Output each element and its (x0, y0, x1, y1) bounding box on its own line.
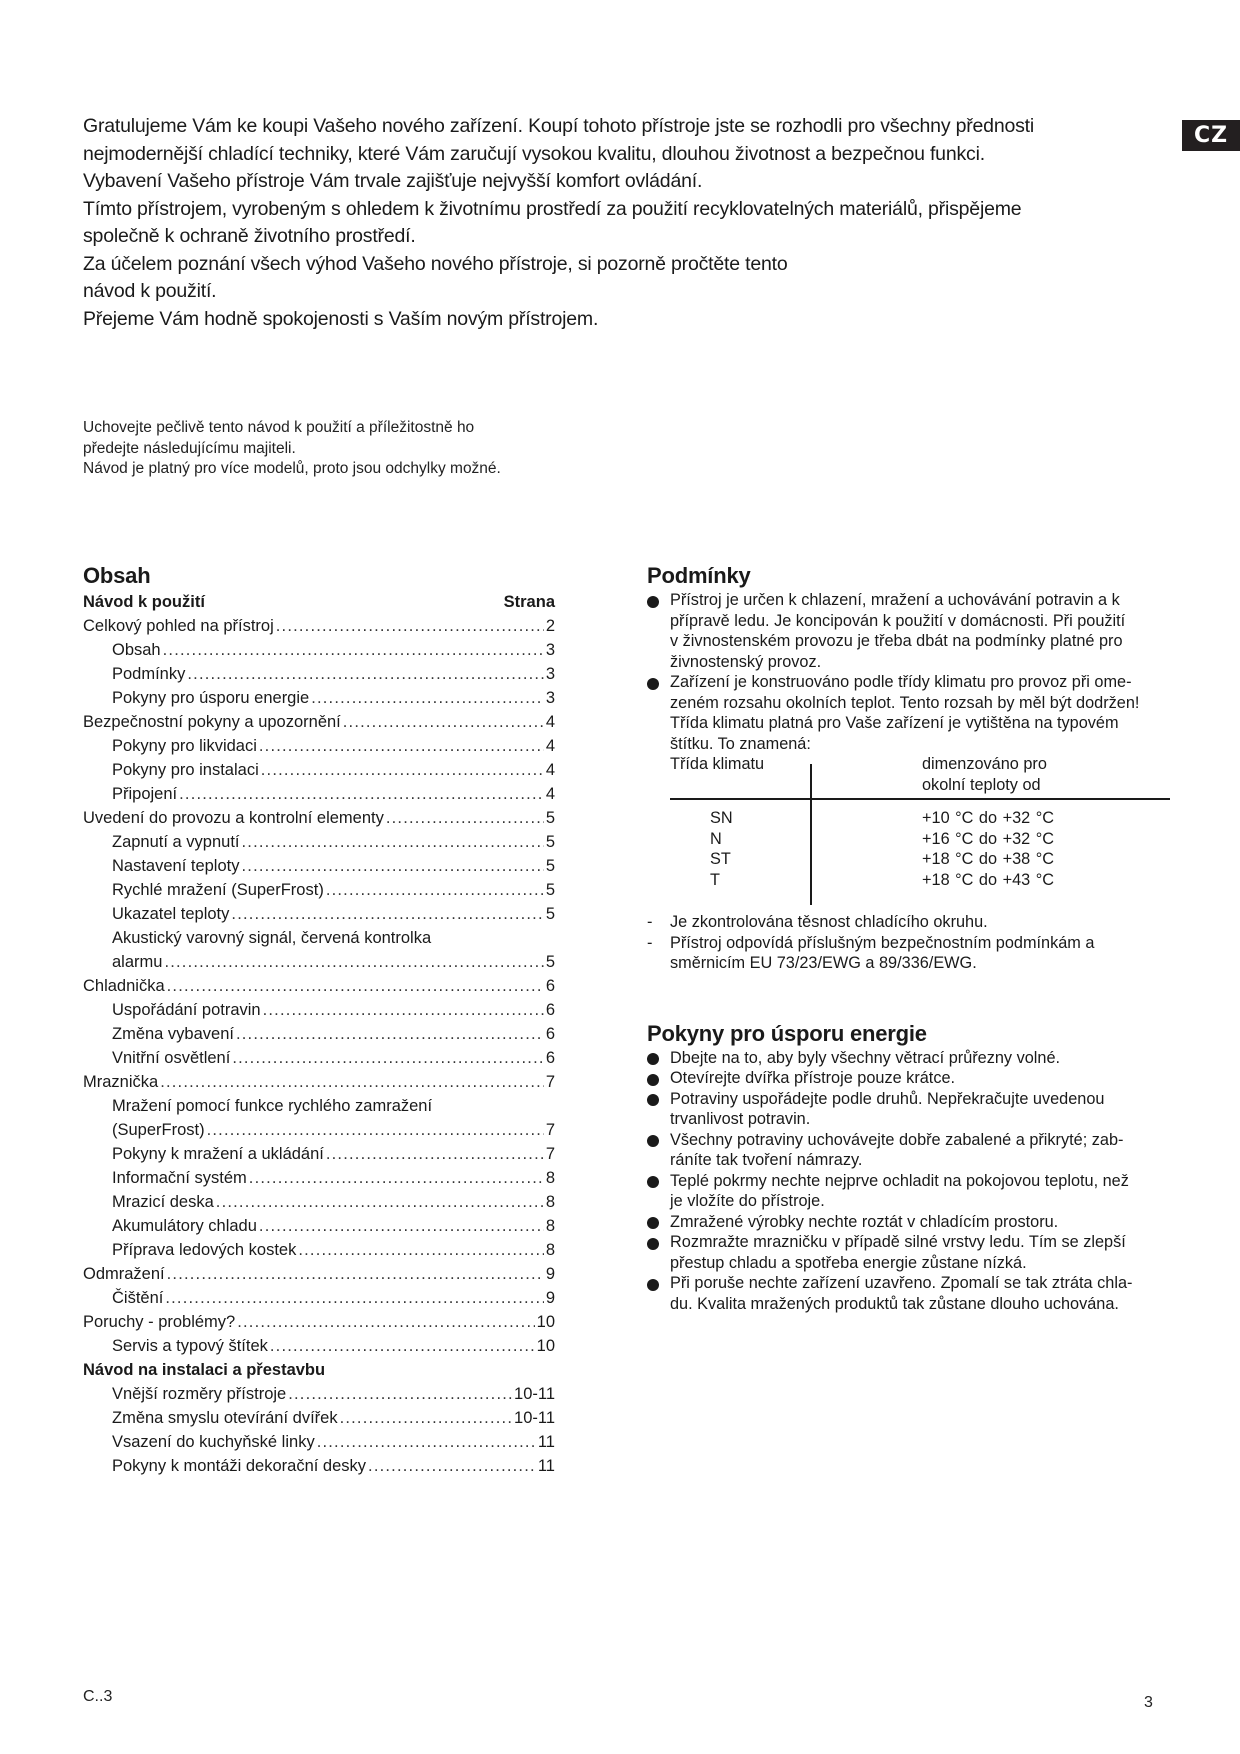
climate-class: N (670, 829, 922, 850)
toc-entry: (SuperFrost)7 (83, 1118, 555, 1142)
toc-entry-page: 5 (546, 902, 555, 926)
intro-line: společně k ochraně životního prostředí. (83, 223, 1163, 251)
toc-entry-label: Pokyny pro instalaci (112, 758, 259, 782)
toc-entry-label: Změna vybavení (112, 1022, 234, 1046)
conditions-title: Podmínky (647, 562, 1172, 590)
energy-bullet: Teplé pokrmy nechte nejprve ochladit na … (647, 1171, 1172, 1212)
header-line: dimenzováno pro (922, 754, 1047, 775)
toc-entry-label: Pokyny pro úsporu energie (112, 686, 309, 710)
bullet-line: Přístroj je určen k chlazení, mražení a … (670, 590, 1172, 611)
toc-entry: Pokyny k mražení a ukládání7 (83, 1142, 555, 1166)
energy-bullet: Všechny potraviny uchovávejte dobře zaba… (647, 1130, 1172, 1171)
toc-leader-dots (167, 1262, 544, 1286)
toc-entry-label: Pokyny k mražení a ukládání (112, 1142, 324, 1166)
toc-leader-dots (236, 1022, 544, 1046)
toc-entry-label: Změna smyslu otevírání dvířek (112, 1406, 338, 1430)
bullet-line: zeném rozsahu okolních teplot. Tento roz… (670, 693, 1172, 714)
conditions-bullet: Zařízení je konstruováno podle třídy kli… (647, 672, 1172, 754)
conditions-bullet: Přístroj je určen k chlazení, mražení a … (647, 590, 1172, 672)
climate-row: ST+18 °C do +38 °C (670, 849, 1170, 870)
toc-entry-label: Zapnutí a vypnutí (112, 830, 240, 854)
toc-entry: Bezpečnostní pokyny a upozornění4 (83, 710, 555, 734)
toc-entry: Vsazení do kuchyňské linky11 (83, 1430, 555, 1454)
toc-entry-label: Mražení pomocí funkce rychlého zamražení (112, 1094, 432, 1118)
toc-entry-page: 10 (537, 1310, 555, 1334)
climate-col-header-range: dimenzováno pro okolní teploty od (922, 754, 1047, 795)
toc-entry: Uvedení do provozu a kontrolní elementy5 (83, 806, 555, 830)
energy-title: Pokyny pro úsporu energie (647, 1020, 1172, 1048)
toc-entry-page: 7 (546, 1118, 555, 1142)
toc-entry-page: 11 (538, 1430, 555, 1454)
toc-leader-dots (298, 1238, 543, 1262)
toc-entry: Mražení pomocí funkce rychlého zamražení (83, 1094, 555, 1118)
toc-leader-dots (237, 1310, 534, 1334)
dash-line: směrnicím EU 73/23/EWG a 89/336/EWG. (670, 953, 1172, 974)
toc-entry-label: Příprava ledových kostek (112, 1238, 296, 1262)
energy-bullet: Zmražené výrobky nechte roztát v chladíc… (647, 1212, 1172, 1233)
toc-entry: Akumulátory chladu8 (83, 1214, 555, 1238)
energy-saving-section: Pokyny pro úsporu energie Dbejte na to, … (647, 1020, 1172, 1315)
toc-entry: Obsah3 (83, 638, 555, 662)
toc-leader-dots (160, 1070, 544, 1094)
energy-bullet: Při poruše nechte zařízení uzavřeno. Zpo… (647, 1273, 1172, 1314)
toc-entry: Odmražení9 (83, 1262, 555, 1286)
bullet-line: Třída klimatu platná pro Vaše zařízení j… (670, 713, 1172, 734)
bullet-line: Rozmražte mrazničku v případě silné vrst… (670, 1232, 1172, 1253)
toc-entry-label: Servis a typový štítek (112, 1334, 268, 1358)
toc-entry-page: 5 (546, 878, 555, 902)
bullet-line: přestup chladu a spotřeba energie zůstan… (670, 1253, 1172, 1274)
toc-entry-page: 6 (546, 974, 555, 998)
toc-leader-dots (163, 638, 544, 662)
climate-row: N+16 °C do +32 °C (670, 829, 1170, 850)
climate-class: ST (670, 849, 922, 870)
conditions-dash-item: Přístroj odpovídá příslušným bezpečnostn… (647, 933, 1172, 974)
intro-text: Gratulujeme Vám ke koupi Vašeho nového z… (83, 113, 1163, 333)
toc-entry-label: Uspořádání potravin (112, 998, 261, 1022)
toc-entry: Vnitřní osvětlení6 (83, 1046, 555, 1070)
toc-entry-page: 5 (546, 806, 555, 830)
toc-leader-dots (317, 1430, 536, 1454)
climate-range: +18 °C do +38 °C (922, 849, 1054, 870)
language-badge-label: CZ (1194, 123, 1228, 148)
toc-entry-page: 5 (546, 854, 555, 878)
toc-leader-dots (164, 950, 543, 974)
climate-class: SN (670, 808, 922, 829)
toc-entry-page: 7 (546, 1070, 555, 1094)
toc-entry-label: Obsah (112, 638, 161, 662)
energy-bullet: Otevírejte dvířka přístroje pouze krátce… (647, 1068, 1172, 1089)
toc-page-header: Strana (504, 590, 555, 614)
toc-entry: Pokyny pro úsporu energie3 (83, 686, 555, 710)
toc-entry-label: Připojení (112, 782, 177, 806)
toc-entry-page: 7 (546, 1142, 555, 1166)
footer-code: C..3 (83, 1688, 112, 1706)
energy-bullet: Potraviny uspořádejte podle druhů. Nepře… (647, 1089, 1172, 1130)
toc-entry-label: Bezpečnostní pokyny a upozornění (83, 710, 341, 734)
toc-leader-dots (368, 1454, 536, 1478)
intro-line: Přejeme Vám hodně spokojenosti s Vaším n… (83, 306, 1163, 334)
toc-entry-page: 9 (546, 1262, 555, 1286)
header-line: okolní teploty od (922, 775, 1047, 796)
toc-entry: Zapnutí a vypnutí5 (83, 830, 555, 854)
toc-entry-label: Rychlé mražení (SuperFrost) (112, 878, 324, 902)
toc-entry: Servis a typový štítek10 (83, 1334, 555, 1358)
toc-leader-dots (179, 782, 544, 806)
note-line: Uchovejte pečlivě tento návod k použití … (83, 418, 603, 439)
language-badge: CZ (1182, 120, 1240, 151)
bullet-line: je vložíte do přístroje. (670, 1191, 1172, 1212)
energy-bullets: Dbejte na to, aby byly všechny větrací p… (647, 1048, 1172, 1315)
toc-leader-dots (288, 1382, 512, 1406)
climate-rows: SN+10 °C do +32 °CN+16 °C do +32 °CST+18… (670, 808, 1170, 890)
toc-entry-label: Celkový pohled na přístroj (83, 614, 274, 638)
bullet-line: živnostenský provoz. (670, 652, 1172, 673)
toc-leader-dots (340, 1406, 512, 1430)
toc-leader-dots (167, 974, 544, 998)
bullet-line: Teplé pokrmy nechte nejprve ochladit na … (670, 1171, 1172, 1192)
toc-entry-page: 8 (546, 1190, 555, 1214)
toc-entry: Vnější rozměry přístroje10-11 (83, 1382, 555, 1406)
toc-entry-label: Vnitřní osvětlení (112, 1046, 230, 1070)
toc-entry-label: Poruchy - problémy? (83, 1310, 235, 1334)
climate-range: +18 °C do +43 °C (922, 870, 1054, 891)
bullet-line: v živnostenském provozu je třeba dbát na… (670, 631, 1172, 652)
toc-leader-dots (231, 902, 543, 926)
right-column: Podmínky Přístroj je určen k chlazení, m… (647, 562, 1172, 1314)
toc-leader-dots (386, 806, 544, 830)
bullet-line: Při poruše nechte zařízení uzavřeno. Zpo… (670, 1273, 1172, 1294)
intro-line: nejmodernější chladící techniky, které V… (83, 141, 1163, 169)
toc-leader-dots (343, 710, 544, 734)
toc-entry-page: 4 (546, 758, 555, 782)
toc-header: Návod k použití Strana (83, 590, 555, 614)
bullet-line: Zařízení je konstruováno podle třídy kli… (670, 672, 1172, 693)
toc-entry: Pokyny pro likvidaci4 (83, 734, 555, 758)
toc-entry: Pokyny pro instalaci4 (83, 758, 555, 782)
intro-line: Za účelem poznání všech výhod Vašeho nov… (83, 251, 1163, 279)
intro-line: Vybavení Vašeho přístroje Vám trvale zaj… (83, 168, 1163, 196)
climate-range: +16 °C do +32 °C (922, 829, 1054, 850)
toc-leader-dots (259, 1214, 544, 1238)
toc-entry: Pokyny k montáži dekorační desky11 (83, 1454, 555, 1478)
toc-entry-page: 4 (546, 734, 555, 758)
climate-class-table: Třída klimatu dimenzováno pro okolní tep… (670, 754, 1172, 912)
toc-entry: Ukazatel teploty5 (83, 902, 555, 926)
toc-entry: Příprava ledových kostek8 (83, 1238, 555, 1262)
toc-entry: Změna vybavení6 (83, 1022, 555, 1046)
toc-entry: Uspořádání potravin6 (83, 998, 555, 1022)
bullet-line: přípravě ledu. Je koncipován k použití v… (670, 611, 1172, 632)
toc-entry: alarmu5 (83, 950, 555, 974)
dash-line: Je zkontrolována těsnost chladícího okru… (670, 912, 1172, 933)
toc-entry-page: 4 (546, 710, 555, 734)
toc-leader-dots (276, 614, 544, 638)
table-of-contents: Obsah Návod k použití Strana Celkový poh… (83, 562, 555, 1478)
toc-entry-page: 8 (546, 1166, 555, 1190)
toc-entry-page: 11 (538, 1454, 555, 1478)
toc-leader-dots (261, 758, 544, 782)
toc-entry-label: Chladnička (83, 974, 165, 998)
toc-entry-label: Mrazicí deska (112, 1190, 214, 1214)
toc-entry-label: Akustický varovný signál, červená kontro… (112, 926, 431, 950)
toc-leader-dots (216, 1190, 544, 1214)
toc-leader-dots (259, 734, 544, 758)
toc-entry-label: Čištění (112, 1286, 163, 1310)
energy-bullet: Rozmražte mrazničku v případě silné vrst… (647, 1232, 1172, 1273)
toc-entry-page: 2 (546, 614, 555, 638)
toc-leader-dots (311, 686, 544, 710)
bullet-line: štítku. To znamená: (670, 734, 1172, 755)
toc-entry-page: 3 (546, 638, 555, 662)
bullet-line: Dbejte na to, aby byly všechny větrací p… (670, 1048, 1172, 1069)
toc-title: Obsah (83, 562, 555, 590)
toc-leader-dots (326, 1142, 544, 1166)
dash-line: Přístroj odpovídá příslušným bezpečnostn… (670, 933, 1172, 954)
toc-entry-page: 10 (537, 1334, 555, 1358)
toc-leader-dots (242, 854, 544, 878)
toc-entry: Celkový pohled na přístroj2 (83, 614, 555, 638)
climate-col-header-class: Třída klimatu (670, 754, 764, 775)
bullet-line: Všechny potraviny uchovávejte dobře zaba… (670, 1130, 1172, 1151)
toc-entry-label: alarmu (112, 950, 162, 974)
toc-leader-dots (187, 662, 543, 686)
energy-bullet: Dbejte na to, aby byly všechny větrací p… (647, 1048, 1172, 1069)
climate-row: T+18 °C do +43 °C (670, 870, 1170, 891)
toc-entry-label: Vsazení do kuchyňské linky (112, 1430, 315, 1454)
toc-entry: Poruchy - problémy?10 (83, 1310, 555, 1334)
toc-entry: Čištění9 (83, 1286, 555, 1310)
toc-entries: Celkový pohled na přístroj2Obsah3Podmínk… (83, 614, 555, 1358)
toc-entry: Mrazicí deska8 (83, 1190, 555, 1214)
toc-entry-label: Informační systém (112, 1166, 247, 1190)
toc-entry: Rychlé mražení (SuperFrost)5 (83, 878, 555, 902)
keep-manual-note: Uchovejte pečlivě tento návod k použití … (83, 418, 603, 480)
toc-leader-dots (165, 1286, 543, 1310)
toc-entry-page: 6 (546, 1046, 555, 1070)
toc-entry-label: Mraznička (83, 1070, 158, 1094)
toc-entry-label: Ukazatel teploty (112, 902, 229, 926)
toc-entry-label: Pokyny k montáži dekorační desky (112, 1454, 366, 1478)
toc-entry-page: 8 (546, 1214, 555, 1238)
bullet-line: du. Kvalita mražených produktů tak zůsta… (670, 1294, 1172, 1315)
toc-entry-label: Nastavení teploty (112, 854, 240, 878)
toc-entry: Připojení4 (83, 782, 555, 806)
toc-entry-page: 6 (546, 1022, 555, 1046)
toc-entry: Nastavení teploty5 (83, 854, 555, 878)
toc-entry-page: 10-11 (514, 1382, 555, 1406)
bullet-line: Zmražené výrobky nechte roztát v chladíc… (670, 1212, 1172, 1233)
toc-entry-label: Vnější rozměry přístroje (112, 1382, 286, 1406)
toc-entry-page: 4 (546, 782, 555, 806)
toc-entry-page: 3 (546, 662, 555, 686)
toc-leader-dots (270, 1334, 535, 1358)
toc-entry: Chladnička6 (83, 974, 555, 998)
toc-leader-dots (207, 1118, 544, 1142)
conditions-dash-item: Je zkontrolována těsnost chladícího okru… (647, 912, 1172, 933)
toc-leader-dots (263, 998, 544, 1022)
intro-line: návod k použití. (83, 278, 1163, 306)
page-number: 3 (1144, 1694, 1153, 1712)
bullet-line: trvanlivost potravin. (670, 1109, 1172, 1130)
intro-line: Tímto přístrojem, vyrobeným s ohledem k … (83, 196, 1163, 224)
toc-leader-dots (249, 1166, 544, 1190)
toc-entry-page: 3 (546, 686, 555, 710)
toc-entries-installation: Vnější rozměry přístroje10-11Změna smysl… (83, 1382, 555, 1478)
bullet-line: ráníte tak tvoření námrazy. (670, 1150, 1172, 1171)
toc-entry-label: Podmínky (112, 662, 185, 686)
toc-section-installation: Návod na instalaci a přestavbu (83, 1358, 555, 1382)
toc-entry: Mraznička7 (83, 1070, 555, 1094)
toc-entry-label: Akumulátory chladu (112, 1214, 257, 1238)
toc-entry: Informační systém8 (83, 1166, 555, 1190)
toc-entry: Změna smyslu otevírání dvířek10-11 (83, 1406, 555, 1430)
toc-entry-label: Pokyny pro likvidaci (112, 734, 257, 758)
note-line: předejte následujícímu majiteli. (83, 439, 603, 460)
bullet-line: Otevírejte dvířka přístroje pouze krátce… (670, 1068, 1172, 1089)
climate-range: +10 °C do +32 °C (922, 808, 1054, 829)
intro-line: Gratulujeme Vám ke koupi Vašeho nového z… (83, 113, 1163, 141)
toc-entry-page: 10-11 (514, 1406, 555, 1430)
toc-leader-dots (326, 878, 544, 902)
climate-class: T (670, 870, 922, 891)
toc-entry-label: Uvedení do provozu a kontrolní elementy (83, 806, 384, 830)
toc-entry-page: 5 (546, 950, 555, 974)
toc-leader-dots (232, 1046, 544, 1070)
climate-row: SN+10 °C do +32 °C (670, 808, 1170, 829)
toc-entry-page: 9 (546, 1286, 555, 1310)
toc-entry-label: Odmražení (83, 1262, 165, 1286)
toc-entry: Akustický varovný signál, červená kontro… (83, 926, 555, 950)
note-line: Návod je platný pro více modelů, proto j… (83, 459, 603, 480)
toc-entry-label: (SuperFrost) (112, 1118, 205, 1142)
toc-entry: Podmínky3 (83, 662, 555, 686)
table-horizontal-rule (670, 798, 1170, 800)
toc-leader-dots (242, 830, 544, 854)
toc-entry-page: 8 (546, 1238, 555, 1262)
toc-subtitle: Návod k použití (83, 590, 205, 614)
bullet-line: Potraviny uspořádejte podle druhů. Nepře… (670, 1089, 1172, 1110)
toc-entry-page: 6 (546, 998, 555, 1022)
toc-entry-page: 5 (546, 830, 555, 854)
